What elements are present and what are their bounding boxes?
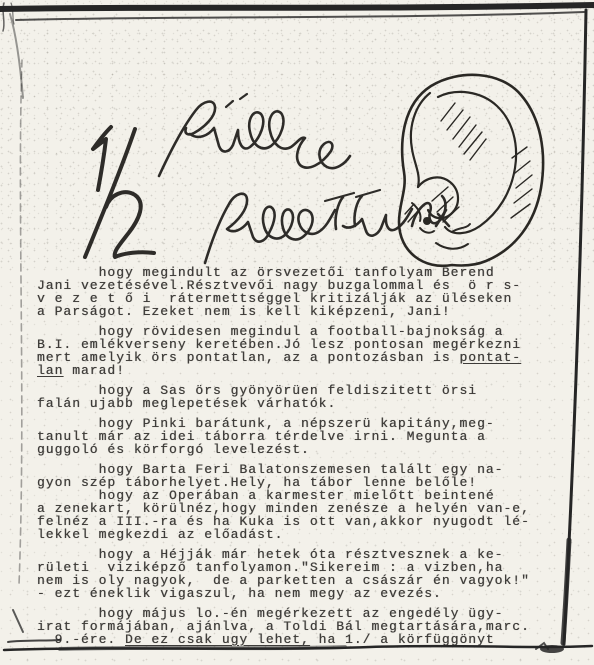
typed-line: falán ujabb meglepetések várhatók. [37,397,577,410]
typed-paragraph: hogy rövidesen megindul a football-bajno… [37,325,577,377]
ear-icon [399,75,543,266]
underlined-text: De ez csak ugy lehet, [125,632,310,647]
typed-paragraph: hogy a Héjják már hetek óta résztvesznek… [37,548,577,600]
typed-paragraph: hogy Pinki barátunk, a népszerü kapitány… [37,417,577,456]
typed-line: guggoló és körforgó levelezést. [37,443,577,456]
typed-line: lekkel megkezdi az előadást. [37,528,577,541]
typed-paragraph: hogy megindult az örsvezetői tanfolyam B… [37,266,577,318]
typed-paragraph: hogy az Operában a karmester mielőtt bei… [37,489,577,541]
scanned-page: hogy megindult az örsvezetői tanfolyam B… [0,0,594,665]
typed-text: hogy megindult az örsvezetői tanfolyam B… [37,266,577,653]
typed-line: - ezt éneklik vigaszul, ha nem megy az e… [37,587,577,600]
handwritten-word-fullel [159,94,350,176]
typed-line: a Parságot. Ezeket nem is kell kiképzeni… [37,305,577,318]
handwritten-word-hallottunk [205,190,470,263]
typed-line: 9.-ére. De ez csak ugy lehet, ha 1./ a k… [37,633,577,646]
underlined-text: pontat- [459,350,521,365]
fraction-one-half [85,127,154,257]
ear-hatching [405,103,532,222]
typed-paragraph: hogy a Sas örs gyönyörüen feldiszitett ö… [37,384,577,410]
typed-line: lan marad! [37,364,577,377]
underlined-text: lan [37,363,63,378]
typed-paragraph: hogy május lo.-én megérkezett az engedél… [37,607,577,646]
paper-noise-top [0,0,594,270]
typed-paragraph: hogy Barta Feri Balatonszemesen talált e… [37,463,577,489]
